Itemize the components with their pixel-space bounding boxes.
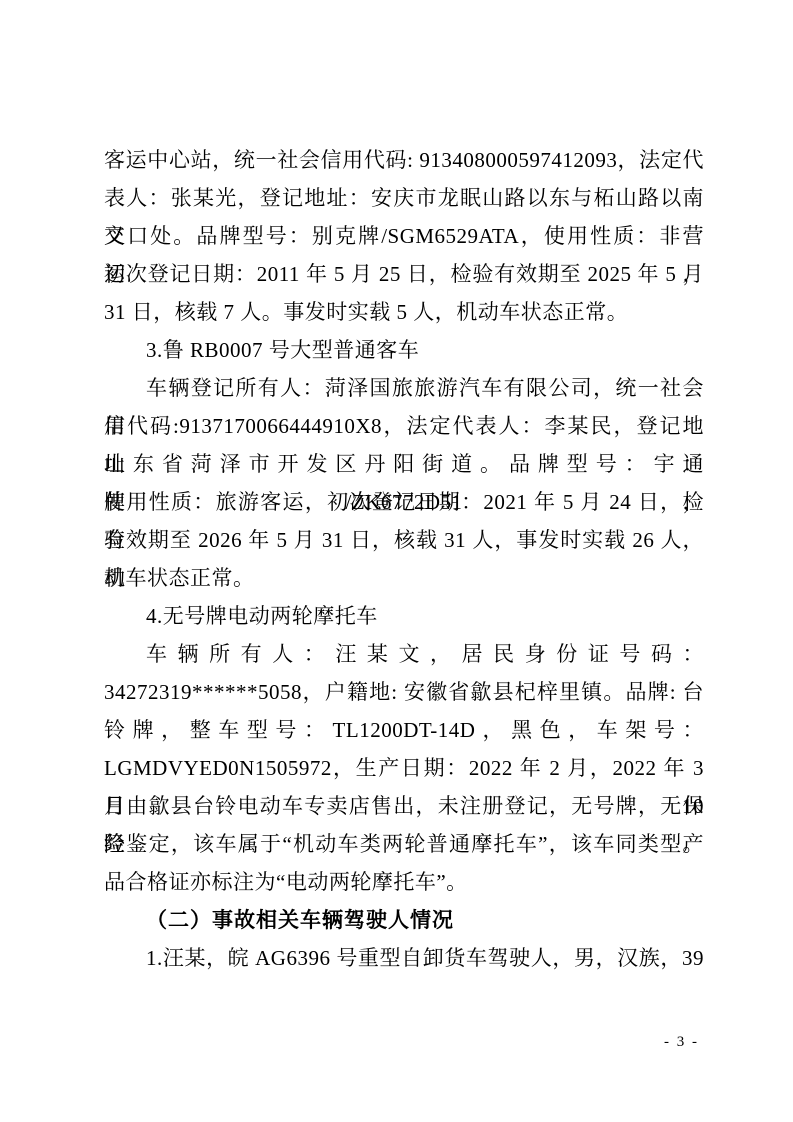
- text-line: 34272319******5058，户籍地: 安徽省歙县杞梓里镇。品牌: 台: [104, 673, 704, 711]
- document-body: 客运中心站，统一社会信用代码: 913408000597412093，法定代表人…: [104, 141, 704, 977]
- text-line: 铃牌，整车型号：TL1200DT-14D，黑色，车架号：: [104, 711, 704, 749]
- text-line: 有效期至 2026 年 5 月 31 日，核载 31 人，事发时实载 26 人，…: [104, 521, 704, 559]
- text-line: 31 日，核载 7 人。事发时实载 5 人，机动车状态正常。: [104, 293, 704, 331]
- text-line: 日由歙县台铃电动车专卖店售出，未注册登记，无号牌，无保险。: [104, 787, 704, 825]
- text-line: 使用性质：旅游客运，初次登记日期：2021 年 5 月 24 日，检验: [104, 483, 704, 521]
- text-line: 车辆所有人：汪某文，居民身份证号码：: [104, 635, 704, 673]
- text-line: 4.无号牌电动两轮摩托车: [104, 597, 704, 635]
- text-line: 经鉴定，该车属于“机动车类两轮普通摩托车”，该车同类型产: [104, 825, 704, 863]
- text-line: 3.鲁 RB0007 号大型普通客车: [104, 331, 704, 369]
- text-line: 叉口处。品牌型号：别克牌/SGM6529ATA，使用性质：非营运，: [104, 217, 704, 255]
- text-line: 品合格证亦标注为“电动两轮摩托车”。: [104, 863, 704, 901]
- text-line: 1.汪某，皖 AG6396 号重型自卸货车驾驶人，男，汉族，39: [104, 939, 704, 977]
- document-page: 客运中心站，统一社会信用代码: 913408000597412093，法定代表人…: [0, 0, 793, 1122]
- text-line: 初次登记日期：2011 年 5 月 25 日，检验有效期至 2025 年 5 月: [104, 255, 704, 293]
- text-line: （二）事故相关车辆驾驶人情况: [104, 901, 704, 939]
- text-line: 表人：张某光，登记地址：安庆市龙眠山路以东与柘山路以南交: [104, 179, 704, 217]
- text-line: 车辆登记所有人：菏泽国旅旅游汽车有限公司，统一社会信: [104, 369, 704, 407]
- text-line: 客运中心站，统一社会信用代码: 913408000597412093，法定代: [104, 141, 704, 179]
- page-number: - 3 -: [664, 1034, 699, 1051]
- text-line: 用代码:9137170066444910X8，法定代表人：李某民，登记地址：: [104, 407, 704, 445]
- text-line: 动车状态正常。: [104, 559, 704, 597]
- text-line: 山东省菏泽市开发区丹阳街道。品牌型号：宇通牌/ZK6772D51，: [104, 445, 704, 483]
- text-line: LGMDVYED0N1505972，生产日期：2022 年 2 月，2022 年…: [104, 749, 704, 787]
